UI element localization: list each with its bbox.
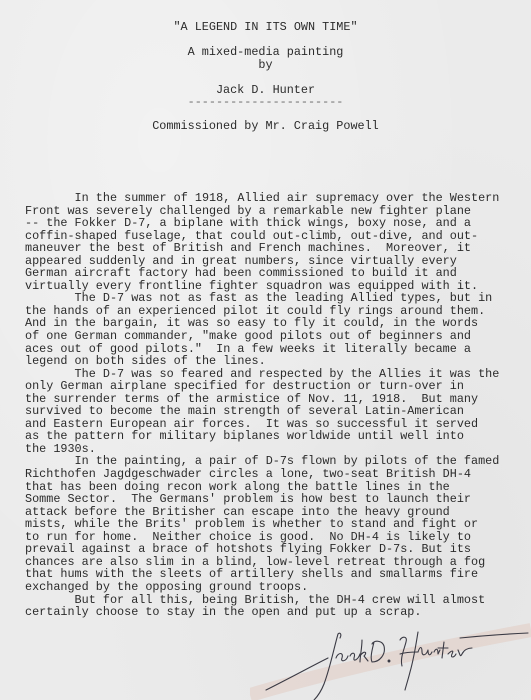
artwork-title: "A LEGEND IN ITS OWN TIME" <box>0 20 531 34</box>
by-label: by <box>0 58 531 72</box>
header-divider: ---------------------- <box>0 95 531 109</box>
body-line: legend on both sides of the lines. <box>25 355 525 368</box>
body-line: certainly choose to stay in the open and… <box>25 606 525 619</box>
artwork-medium: A mixed-media painting <box>0 45 531 59</box>
body-line: In the summer of 1918, Allied air suprem… <box>25 192 525 205</box>
body-line: of one German commander, "make good pilo… <box>25 330 525 343</box>
body-line: Somme Sector. The Germans' problem is ho… <box>25 493 525 506</box>
commission-line: Commissioned by Mr. Craig Powell <box>0 119 531 133</box>
document-page: "A LEGEND IN ITS OWN TIME" A mixed-media… <box>0 0 531 700</box>
signature-icon <box>250 628 531 700</box>
body-line: mists, while the Brits' problem is wheth… <box>25 518 525 531</box>
body-line: -- the Fokker D-7, a biplane with thick … <box>25 217 525 230</box>
body-line: as the pattern for military biplanes wor… <box>25 430 525 443</box>
body-line: exchanged by the opposing ground troops. <box>25 581 525 594</box>
body-line: Richthofen Jagdgeschwader circles a lone… <box>25 468 525 481</box>
body-line: only German airplane specified for destr… <box>25 380 525 393</box>
body-line: maneuver the best of British and French … <box>25 242 525 255</box>
body-line: survived to become the main strength of … <box>25 405 525 418</box>
document-body: In the summer of 1918, Allied air suprem… <box>25 192 525 619</box>
body-line: prevail against a brace of hotshots flyi… <box>25 543 525 556</box>
body-line: German aircraft factory had been commiss… <box>25 267 525 280</box>
